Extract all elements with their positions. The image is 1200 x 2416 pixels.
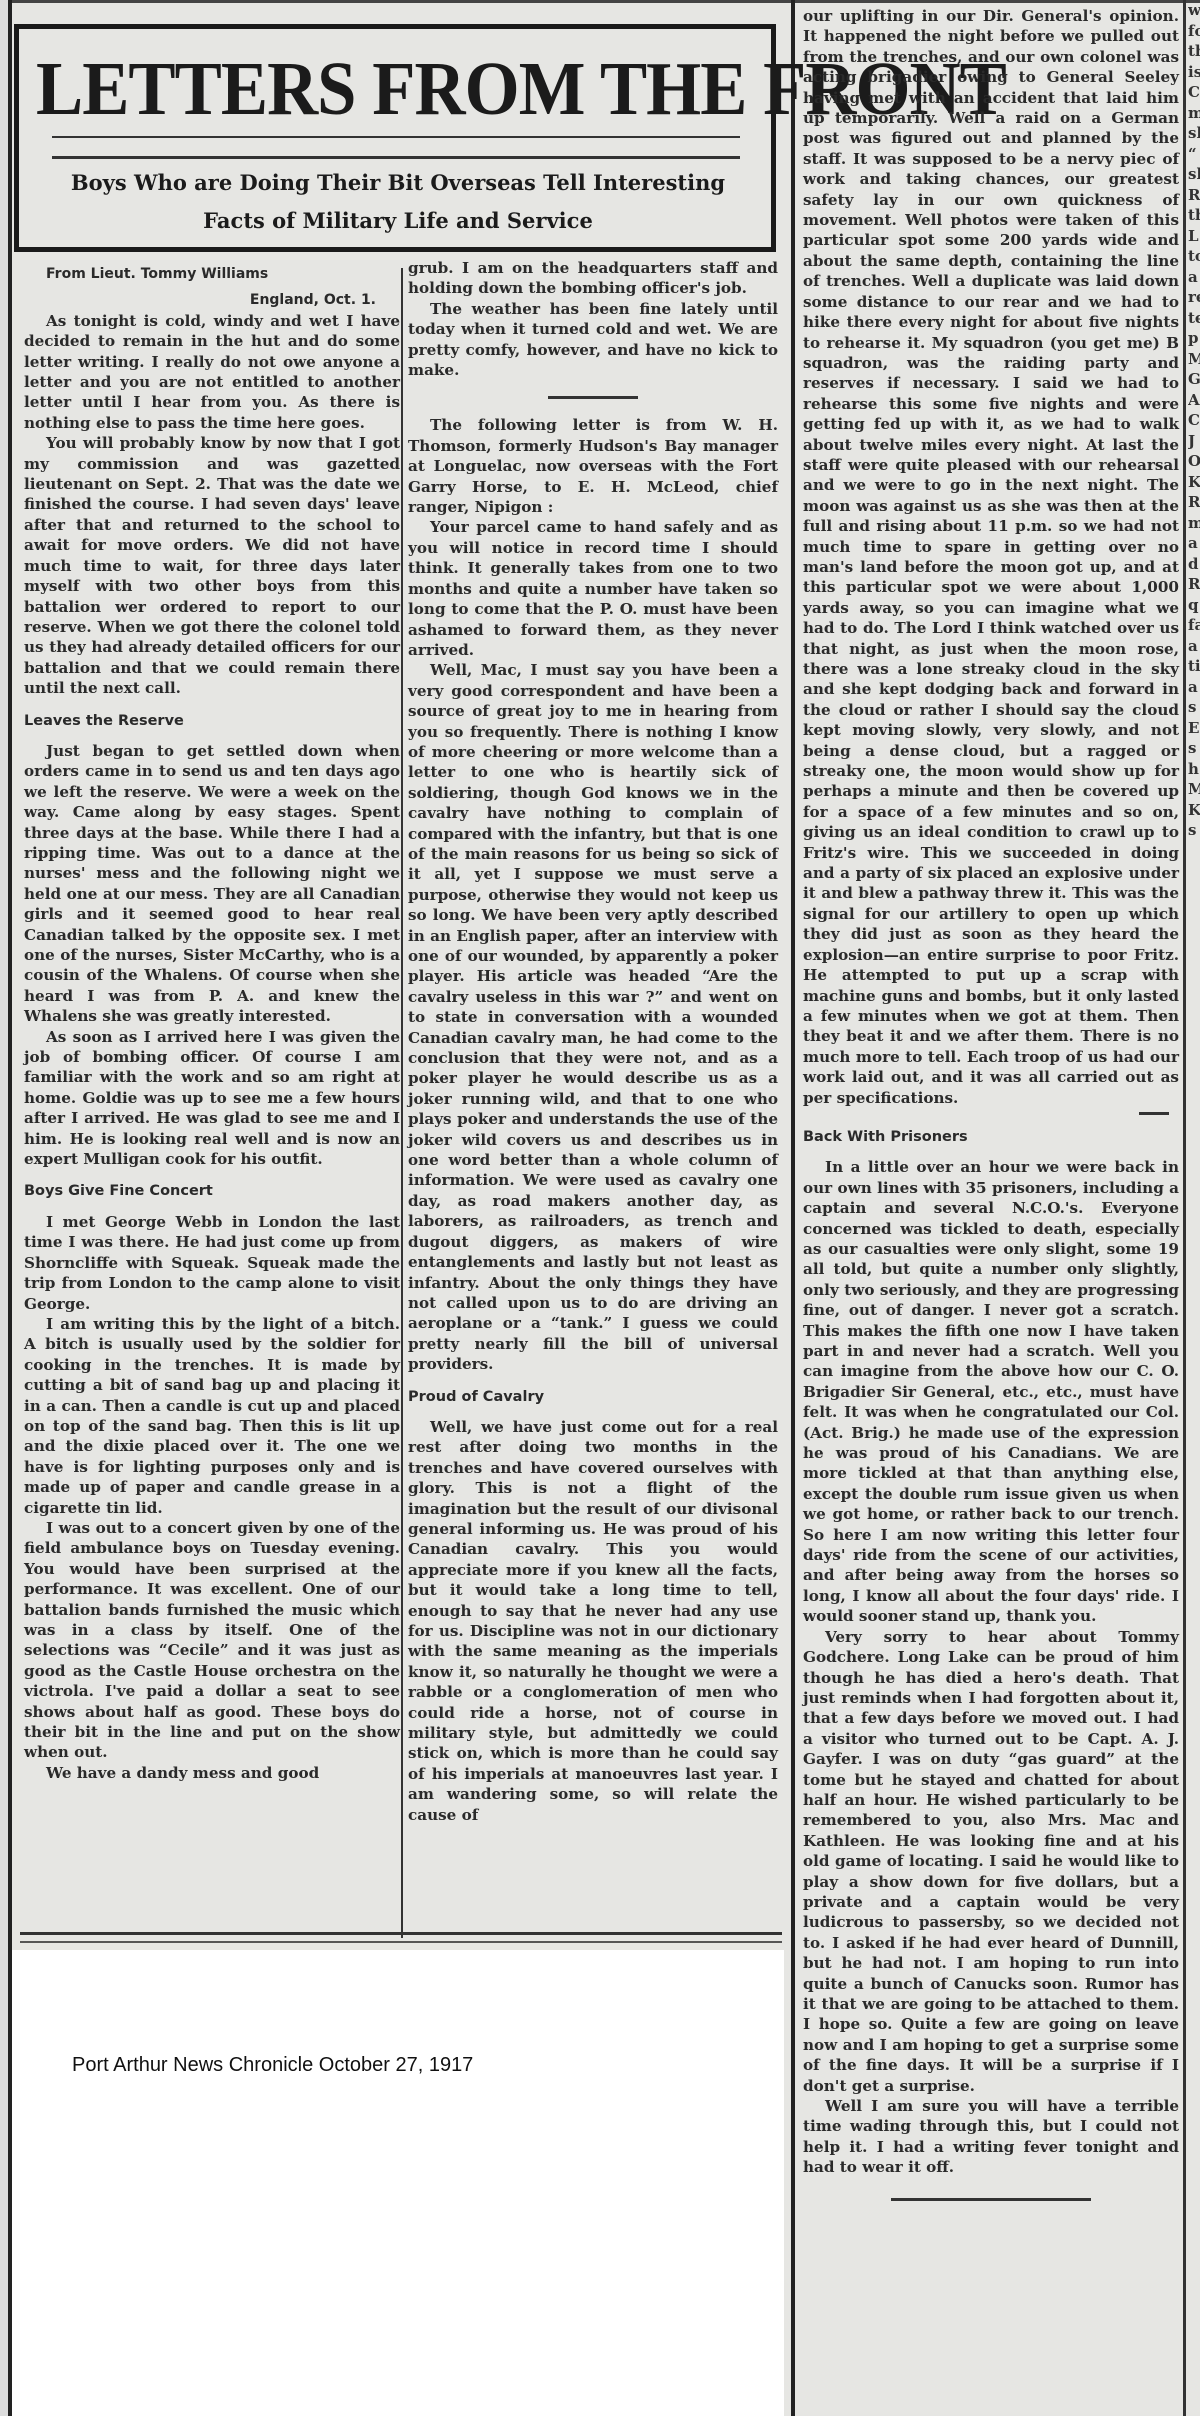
byline: From Lieut. Tommy Williams [24, 264, 400, 284]
section-heading-cavalry: Proud of Cavalry [408, 1387, 778, 1407]
continuation-text: our uplifting in our Dir. General's opin… [803, 6, 1179, 1108]
paragraph: Well, Mac, I must say you have been a ve… [408, 660, 778, 1374]
paragraph: We have a dandy mess and good [24, 1763, 400, 1783]
column-divider [401, 268, 403, 1938]
paragraph: Very sorry to hear about Tommy Godchere.… [803, 1627, 1179, 2096]
paragraph: As tonight is cold, windy and wet I have… [24, 311, 400, 433]
paragraph: I am writing this by the light of a bitc… [24, 1314, 400, 1518]
dateline: England, Oct. 1. [24, 290, 400, 310]
section-heading-prisoners: Back With Prisoners [803, 1127, 1179, 1147]
article-bottom-rule [20, 1932, 782, 1943]
paragraph: The weather has been fine lately until t… [408, 299, 778, 381]
column-rule-middle [791, 0, 795, 2416]
letter-intro: The following letter is from W. H. Thoms… [408, 415, 778, 517]
headline-double-rule [52, 136, 740, 159]
paragraph: Well I am sure you will have a terrible … [803, 2096, 1179, 2178]
source-caption: Port Arthur News Chronicle October 27, 1… [72, 2054, 473, 2077]
paragraph: I met George Webb in London the last tim… [24, 1212, 400, 1314]
top-rule [8, 0, 1200, 3]
adjacent-column-fragment: w fo th is C m sh “ sh R th L to a re te… [1188, 0, 1200, 1100]
paragraph: In a little over an hour we were back in… [803, 1157, 1179, 1626]
separator-rule [1139, 1112, 1169, 1115]
column-rule-left [8, 0, 12, 2416]
column-3: our uplifting in our Dir. General's opin… [803, 6, 1179, 2201]
paragraph: I was out to a concert given by one of t… [24, 1518, 400, 1763]
separator-rule [548, 396, 638, 399]
column-1: From Lieut. Tommy Williams England, Oct.… [24, 258, 400, 1783]
paragraph: Just began to get settled down when orde… [24, 741, 400, 1027]
headline: LETTERS FROM THE FRONT [36, 44, 706, 134]
end-rule [891, 2198, 1091, 2201]
paragraph: As soon as I arrived here I was given th… [24, 1027, 400, 1170]
continuation-text: grub. I am on the headquarters staff and… [408, 258, 778, 299]
scan-edge [0, 0, 8, 2416]
section-heading-concert: Boys Give Fine Concert [24, 1181, 400, 1201]
paragraph: You will probably know by now that I got… [24, 433, 400, 698]
paragraph: Your parcel came to hand safely and as y… [408, 517, 778, 660]
newspaper-page: LETTERS FROM THE FRONT Boys Who are Doin… [0, 0, 1200, 2416]
section-heading-leaves-reserve: Leaves the Reserve [24, 711, 400, 731]
column-rule-right [1183, 0, 1186, 2416]
paragraph: Well, we have just come out for a real r… [408, 1417, 778, 1825]
column-2: grub. I am on the headquarters staff and… [408, 258, 778, 1825]
subheadline: Boys Who are Doing Their Bit Overseas Te… [40, 164, 756, 240]
